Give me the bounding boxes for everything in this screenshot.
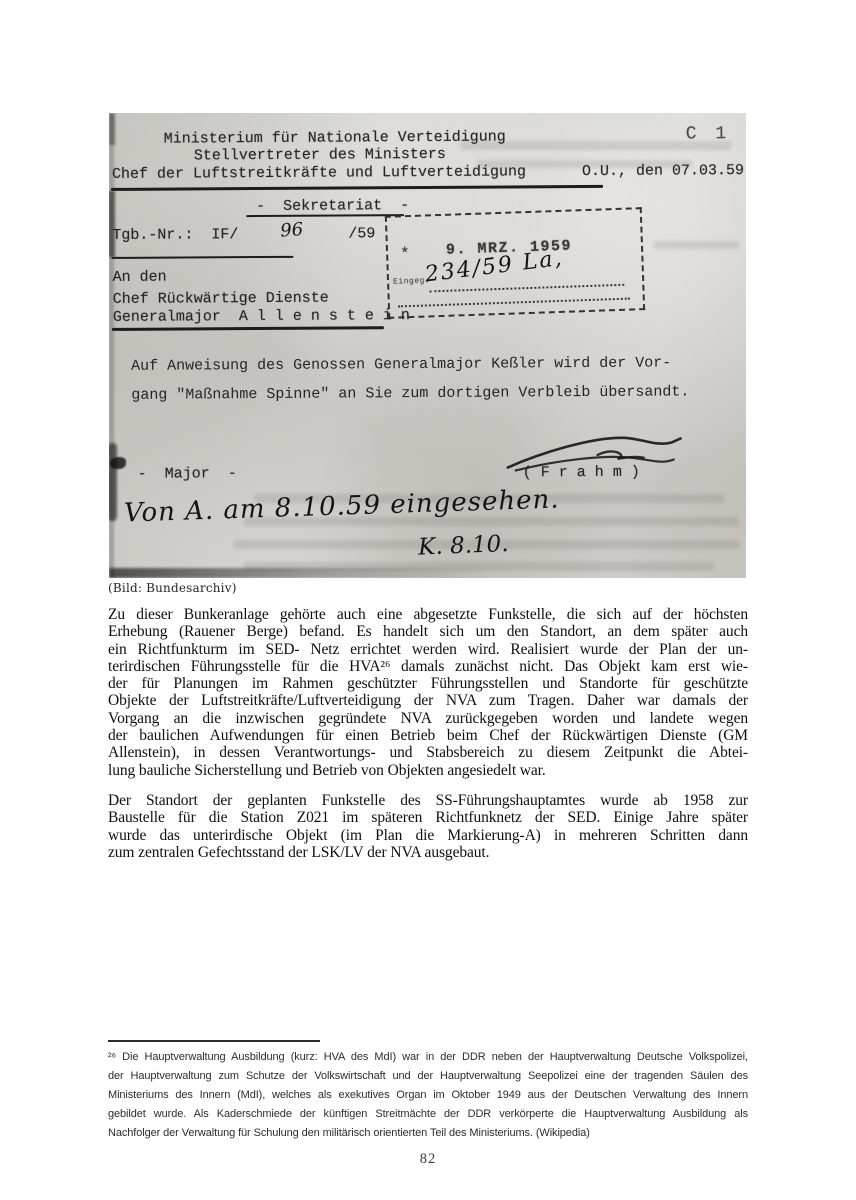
paragraph-line: lung bauliche Sicherstellung und Betrieb… (108, 762, 748, 779)
signature-flourish (501, 424, 686, 480)
paragraph-line: ein Richtfunkturm im SED- Netz errichtet… (108, 641, 748, 658)
page-number: 82 (0, 1151, 856, 1168)
recipient-name: Generalmajor A l l e n s t e i n (113, 307, 410, 326)
archive-corner-mark: C 1 (686, 124, 731, 144)
paragraph-line: Erhebung (Rauener Berge) befand. Es hand… (108, 623, 748, 640)
scanned-letter-image: C 1 Ministerium für Nationale Verteidigu… (109, 113, 746, 578)
letter-content: C 1 Ministerium für Nationale Verteidigu… (109, 113, 746, 578)
recipient-line-2: Chef Rückwärtige Dienste (113, 290, 329, 308)
footnote-line: Ministeriums des Innern (MdI), welches a… (108, 1086, 748, 1105)
scan-edge-shadow (109, 443, 117, 521)
sekretariat-line: - Sekretariat - (256, 197, 409, 215)
letter-date: O.U., den 07.03.59 (582, 162, 744, 180)
footnote-line: der Hauptverwaltung zum Schutze der Volk… (108, 1067, 748, 1086)
footnote-line: ²⁶ Die Hauptverwaltung Ausbildung (kurz:… (108, 1048, 748, 1067)
paragraph-line: Der Standort der geplanten Funkstelle de… (108, 792, 748, 809)
paragraph-line: terirdischen Führungsstelle für die HVA²… (108, 658, 748, 675)
paragraph-line: Baustelle für die Station Z021 im später… (108, 809, 748, 826)
paragraph-line: Allenstein), in dessen Verantwortungs- u… (108, 744, 748, 761)
image-caption: (Bild: Bundesarchiv) (108, 581, 237, 595)
recipient-line-1: An den (113, 269, 167, 286)
handwritten-initials: K. 8.10. (418, 531, 509, 561)
paragraph-line: der baulichen Aufwendungen für einen Bet… (108, 727, 748, 744)
letterhead-line-1: Ministerium für Nationale Verteidigung (164, 129, 506, 148)
paragraph-line: zum zentralen Gefechtsstand der LSK/LV d… (108, 844, 748, 861)
journal-number-handwritten: 96 (280, 219, 304, 242)
stamp-asterisk: * (400, 245, 410, 263)
paragraph-line: Zu dieser Bunkeranlage gehörte auch eine… (108, 606, 748, 623)
letter-body-text: Auf Anweisung des Genossen Generalmajor … (131, 354, 731, 416)
handwritten-note: Von A. am 8.10.59 eingesehen. (124, 485, 560, 529)
letterhead-line-3: Chef der Luftstreitkräfte und Luftvertei… (112, 163, 526, 183)
stamp-dotted-line (429, 284, 624, 293)
journal-number-label: Tgb.-Nr.: (112, 226, 193, 243)
footnote-line: gebildet wurde. Als Kaderschmiede der kü… (108, 1105, 748, 1124)
letterhead-rule (111, 185, 603, 191)
paragraph-line: wurde das unterirdische Objekt (im Plan … (108, 827, 748, 844)
stamp-dotted-line (398, 298, 630, 308)
letter-body-line: gang "Maßnahme Spinne" an Sie zum dortig… (131, 383, 731, 416)
letter-body-line: Auf Anweisung des Genossen Generalmajor … (131, 354, 731, 387)
signer-rank: - Major - (138, 465, 237, 483)
ink-blob (110, 457, 126, 469)
sekretariat-underline (246, 214, 404, 217)
body-paragraph-1: Zu dieser Bunkeranlage gehörte auch eine… (108, 606, 748, 779)
scan-edge-shadow (109, 113, 115, 145)
scan-edge-shadow (109, 191, 115, 257)
footnote-line: Nachfolger der Verwaltung für Schulung d… (108, 1124, 748, 1143)
paragraph-line: der für Planungen im Rahmen geschützter … (108, 675, 748, 692)
recipient-underline (112, 326, 384, 331)
body-paragraph-2: Der Standort der geplanten Funkstelle de… (108, 792, 748, 861)
footnote-26: ²⁶ Die Hauptverwaltung Ausbildung (kurz:… (108, 1048, 748, 1143)
letterhead-line-2: Stellvertreter des Ministers (194, 146, 446, 165)
paragraph-line: Vorgang an die inzwischen gegründete NVA… (108, 710, 748, 727)
paragraph-line: Objekte der Luftstreitkräfte/Luftverteid… (108, 692, 748, 709)
recipient-rule (111, 256, 293, 259)
receipt-stamp-box: * 9. MRZ. 1959 Eingeg. 234/59 La, (385, 207, 645, 319)
scan-edge-shadow (109, 568, 489, 578)
journal-number-suffix: /59 (348, 225, 375, 242)
journal-number-prefix: IF/ (211, 226, 238, 243)
footnote-separator (108, 1040, 320, 1042)
